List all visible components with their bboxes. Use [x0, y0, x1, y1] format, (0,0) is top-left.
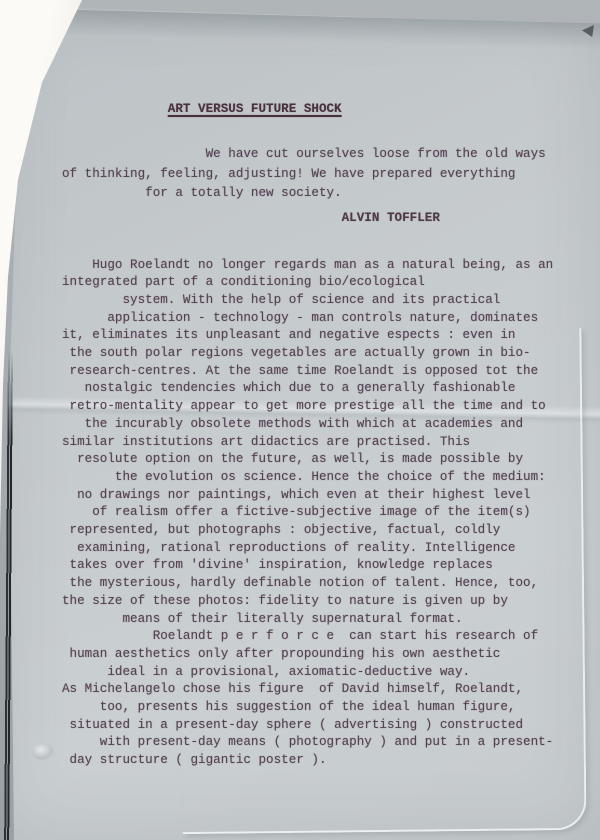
document-title-text: ART VERSUS FUTURE SHOCK	[168, 102, 342, 116]
epigraph-quote: We have cut ourselves loose from the old…	[62, 145, 592, 204]
document-title: ART VERSUS FUTURE SHOCK	[62, 100, 592, 119]
photo-of-typed-page: ART VERSUS FUTURE SHOCK We have cut ours…	[0, 0, 600, 840]
body-text: Hugo Roelandt no longer regards man as a…	[62, 257, 592, 770]
typed-text-area: ART VERSUS FUTURE SHOCK We have cut ours…	[62, 100, 592, 770]
quote-attribution: ALVIN TOFFLER	[62, 209, 592, 228]
paper-dimple	[32, 744, 54, 760]
